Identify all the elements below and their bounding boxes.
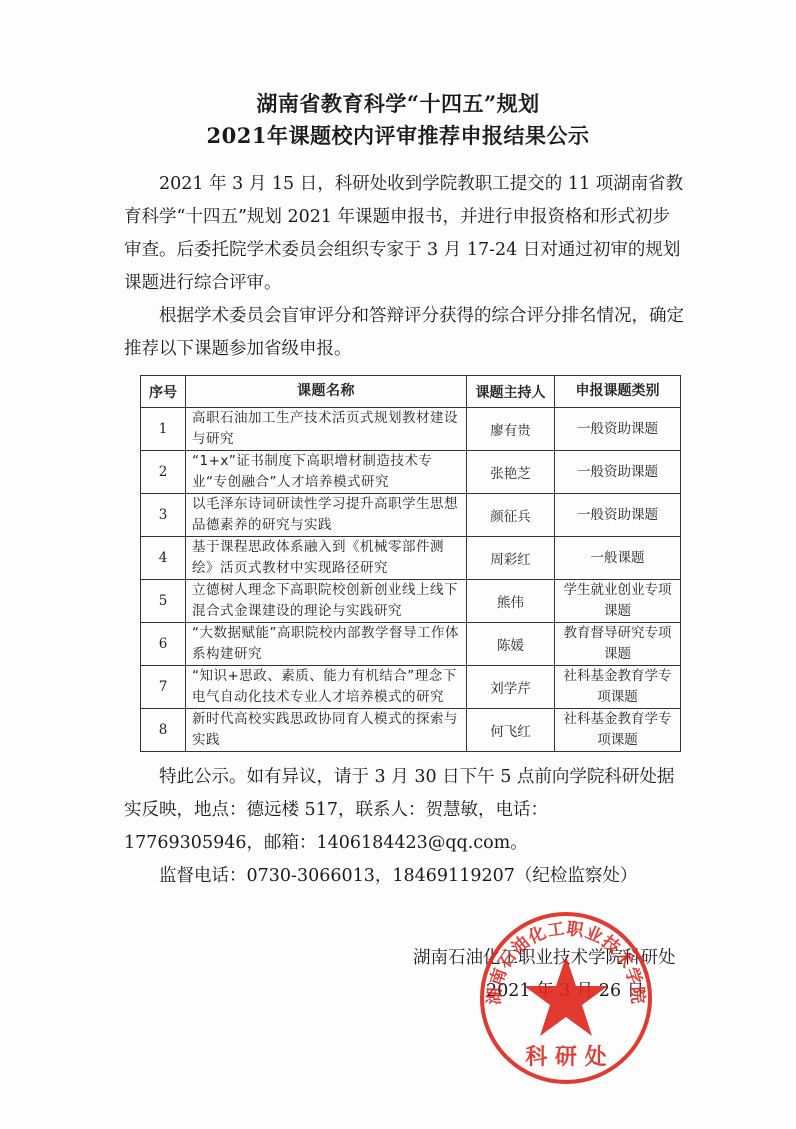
row-no: 6 <box>141 623 186 666</box>
row-title: 新时代高校实践思政协同育人模式的探索与实践 <box>186 709 467 752</box>
row-category: 一般资助课题 <box>555 408 681 451</box>
table-row: 5立德树人理念下高职院校创新创业线上线下混合式金课建设的理论与实践研究熊伟学生就… <box>141 580 681 623</box>
row-title: 高职石油加工生产技术活页式规划教材建设与研究 <box>186 408 467 451</box>
row-host: 刘学芹 <box>467 666 555 709</box>
row-host: 陈媛 <box>467 623 555 666</box>
row-no: 4 <box>141 537 186 580</box>
row-no: 8 <box>141 709 186 752</box>
table-row: 2“1+x”证书制度下高职增材制造技术专业“专创融合”人才培养模式研究张艳芝一般… <box>141 451 681 494</box>
paragraph-submission: 2021 年 3 月 15 日，科研处收到学院教职工提交的 11 项湖南省教育科… <box>124 168 684 300</box>
row-category: 学生就业创业专项课题 <box>555 580 681 623</box>
header-no: 序号 <box>141 376 186 408</box>
header-title: 课题名称 <box>186 376 467 408</box>
table-row: 1高职石油加工生产技术活页式规划教材建设与研究廖有贵一般资助课题 <box>141 408 681 451</box>
row-category: 社科基金教育学专项课题 <box>555 709 681 752</box>
table-row: 6“大数据赋能”高职院校内部教学督导工作体系构建研究陈媛教育督导研究专项课题 <box>141 623 681 666</box>
row-title: 以毛泽东诗词研读性学习提升高职学生思想品德素养的研究与实践 <box>186 494 467 537</box>
row-no: 2 <box>141 451 186 494</box>
row-host: 熊伟 <box>467 580 555 623</box>
official-seal: 湖南石油化工职业技术学院 科 研 处 <box>478 910 654 1086</box>
row-title: “知识+思政、素质、能力有机结合”理念下电气自动化技术专业人才培养模式的研究 <box>186 666 467 709</box>
svg-text:科 研 处: 科 研 处 <box>525 1044 606 1070</box>
row-category: 社科基金教育学专项课题 <box>555 666 681 709</box>
table-row: 3以毛泽东诗词研读性学习提升高职学生思想品德素养的研究与实践颜征兵一般资助课题 <box>141 494 681 537</box>
row-title: 基于课程思政体系融入到《机械零部件测绘》活页式教材中实现路径研究 <box>186 537 467 580</box>
row-category: 一般资助课题 <box>555 451 681 494</box>
row-host: 周彩红 <box>467 537 555 580</box>
star-icon <box>524 956 608 1036</box>
results-table: 序号 课题名称 课题主持人 申报课题类别 1高职石油加工生产技术活页式规划教材建… <box>140 375 681 752</box>
table-row: 4基于课程思政体系融入到《机械零部件测绘》活页式教材中实现路径研究周彩红一般课题 <box>141 537 681 580</box>
row-category: 一般课题 <box>555 537 681 580</box>
row-no: 1 <box>141 408 186 451</box>
table-row: 8新时代高校实践思政协同育人模式的探索与实践何飞红社科基金教育学专项课题 <box>141 709 681 752</box>
table-row: 7“知识+思政、素质、能力有机结合”理念下电气自动化技术专业人才培养模式的研究刘… <box>141 666 681 709</box>
paragraph-recommendation: 根据学术委员会盲审评分和答辩评分获得的综合评分排名情况，确定推荐以下课题参加省级… <box>124 300 684 366</box>
row-host: 张艳芝 <box>467 451 555 494</box>
table-header-row: 序号 课题名称 课题主持人 申报课题类别 <box>141 376 681 408</box>
row-no: 5 <box>141 580 186 623</box>
row-category: 教育督导研究专项课题 <box>555 623 681 666</box>
row-title: “大数据赋能”高职院校内部教学督导工作体系构建研究 <box>186 623 467 666</box>
row-host: 何飞红 <box>467 709 555 752</box>
row-host: 颜征兵 <box>467 494 555 537</box>
header-category: 申报课题类别 <box>555 376 681 408</box>
row-no: 7 <box>141 666 186 709</box>
document-title-line1: 湖南省教育科学“十四五”规划 <box>0 88 796 118</box>
row-category: 一般资助课题 <box>555 494 681 537</box>
row-host: 廖有贵 <box>467 408 555 451</box>
row-no: 3 <box>141 494 186 537</box>
header-host: 课题主持人 <box>467 376 555 408</box>
document-title-line2: 2021年课题校内评审推荐申报结果公示 <box>0 120 796 150</box>
paragraph-notice: 特此公示。如有异议，请于 3 月 30 日下午 5 点前向学院科研处据实反映，地… <box>124 761 684 860</box>
row-title: “1+x”证书制度下高职增材制造技术专业“专创融合”人才培养模式研究 <box>186 451 467 494</box>
row-title: 立德树人理念下高职院校创新创业线上线下混合式金课建设的理论与实践研究 <box>186 580 467 623</box>
paragraph-supervision: 监督电话：0730-3066013，18469119207（纪检监察处） <box>159 860 719 893</box>
